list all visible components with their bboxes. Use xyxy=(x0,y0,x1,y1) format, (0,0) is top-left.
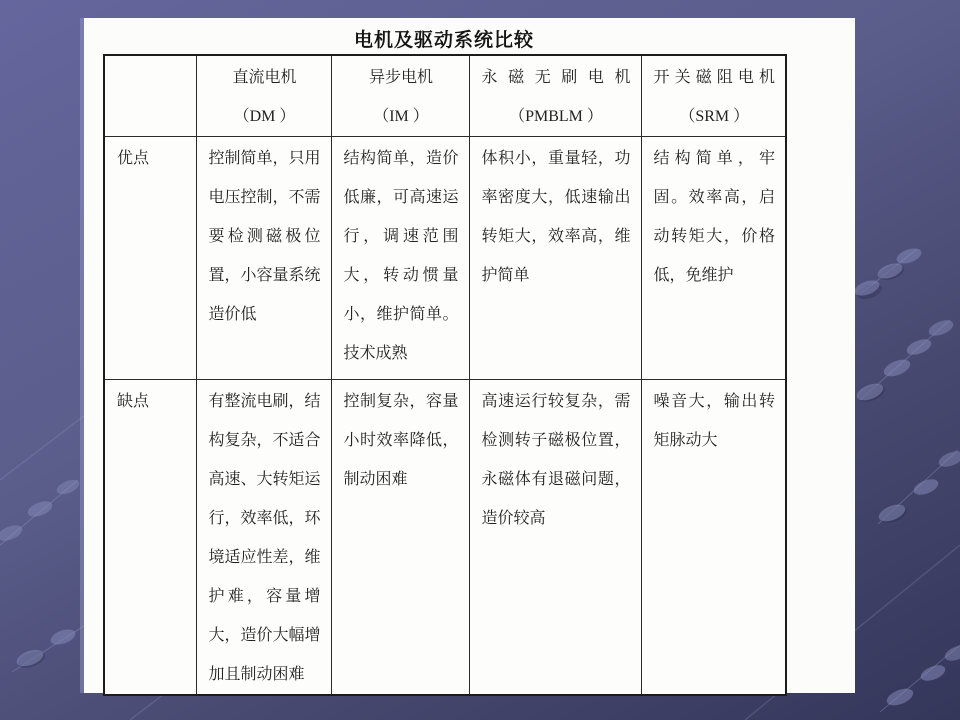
header-cell-im: 异步电机 （IM ） xyxy=(331,55,469,137)
advantages-cell-pmblm: 体积小，重量轻，功率密度大，低速输出转矩大，效率高，维护简单 xyxy=(469,137,641,380)
disadvantages-cell-pmblm: 高速运行较复杂，需检测转子磁极位置，永磁体有退磁问题，造价较高 xyxy=(469,380,641,696)
row-label-disadvantages: 缺点 xyxy=(104,380,196,696)
column-abbr-srm: （SRM ） xyxy=(654,97,776,136)
header-cell-srm: 开关磁阻电机 （SRM ） xyxy=(641,55,786,137)
column-name-srm: 开关磁阻电机 xyxy=(654,58,776,97)
column-abbr-pmblm: （PMBLM ） xyxy=(482,97,631,136)
column-abbr-im: （IM ） xyxy=(344,97,459,136)
header-cell-empty xyxy=(104,55,196,137)
advantages-cell-dm: 控制简单，只用电压控制，不需要检测磁极位置，小容量系统造价低 xyxy=(196,137,331,380)
disadvantages-row: 缺点 有整流电刷，结构复杂，不适合高速、大转矩运行，效率低，环境适应性差，维护难… xyxy=(104,380,786,696)
advantages-row: 优点 控制简单，只用电压控制，不需要检测磁极位置，小容量系统造价低 结构简单，造… xyxy=(104,137,786,380)
content-panel: 电机及驱动系统比较 直流电机 （DM ） 异步电机 （IM ） 永磁无 xyxy=(84,18,855,693)
disadvantages-cell-dm: 有整流电刷，结构复杂，不适合高速、大转矩运行，效率低，环境适应性差，维护难，容量… xyxy=(196,380,331,696)
column-name-pmblm: 永磁无刷电机 xyxy=(482,58,631,97)
header-cell-pmblm: 永磁无刷电机 （PMBLM ） xyxy=(469,55,641,137)
disadvantages-cell-im: 控制复杂，容量小时效率降低，制动困难 xyxy=(331,380,469,696)
slide-title: 电机及驱动系统比较 xyxy=(84,25,804,52)
comparison-table: 直流电机 （DM ） 异步电机 （IM ） 永磁无刷电机 （PMBLM ） 开关… xyxy=(103,54,787,696)
header-row: 直流电机 （DM ） 异步电机 （IM ） 永磁无刷电机 （PMBLM ） 开关… xyxy=(104,55,786,137)
column-abbr-dm: （DM ） xyxy=(209,97,321,136)
column-name-im: 异步电机 xyxy=(344,58,459,97)
disadvantages-cell-srm: 噪音大，输出转矩脉动大 xyxy=(641,380,786,696)
row-label-advantages: 优点 xyxy=(104,137,196,380)
column-name-dm: 直流电机 xyxy=(209,58,321,97)
advantages-cell-srm: 结构简单，牢固。效率高，启动转矩大，价格低，免维护 xyxy=(641,137,786,380)
slide: { "title": "电机及驱动系统比较", "table": { "head… xyxy=(0,0,960,720)
header-cell-dm: 直流电机 （DM ） xyxy=(196,55,331,137)
advantages-cell-im: 结构简单，造价低廉，可高速运行，调速范围大，转动惯量小，维护简单。技术成熟 xyxy=(331,137,469,380)
